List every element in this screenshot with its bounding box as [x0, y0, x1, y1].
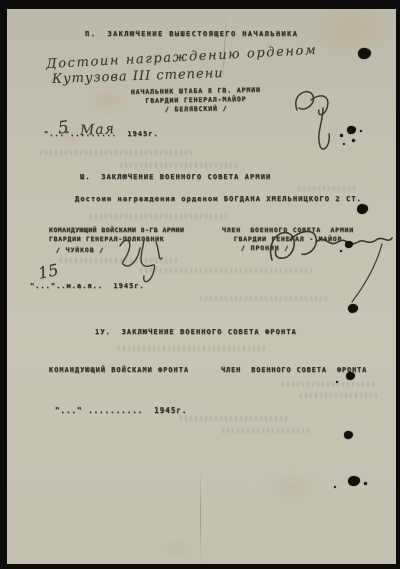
bleed-through: [300, 393, 378, 398]
chief-of-staff-block: НАЧАЛЬНИК ШТАБА 8 ГВ. АРМИИ ГВАРДИИ ГЕНЕ…: [121, 86, 271, 115]
paper-crease-bottom: [200, 468, 201, 564]
bleed-through: [282, 382, 374, 387]
section-iv-heading: 1У. ЗАКЛЮЧЕНИЕ ВОЕННОГО СОВЕТА ФРОНТА: [95, 328, 297, 336]
pronin-signature: [264, 222, 396, 306]
chuikov-signature: [112, 232, 174, 288]
bleed-through: [298, 186, 358, 191]
section-ii-date-month-handwritten: Мая: [80, 121, 116, 139]
bleed-through: [40, 150, 195, 155]
section-iii-conclusion: Достоин награждения орденом БОГДАНА ХМЕЛ…: [75, 195, 362, 203]
front-commander-title: КОМАНДУЮЩИЙ ВОЙСКАМИ ФРОНТА: [49, 366, 189, 374]
army-commander-name: / ЧУЙКОВ /: [56, 246, 104, 254]
section-ii-date-day-handwritten: 5: [57, 117, 71, 138]
bleed-through: [118, 346, 268, 351]
bleed-through: [180, 416, 290, 421]
section-iii-heading: Ш. ЗАКЛЮЧЕНИЕ ВОЕННОГО СОВЕТА АРМИИ: [80, 173, 271, 181]
section-ii-heading: П. ЗАКЛЮЧЕНИЕ ВЫШЕСТОЯЩЕГО НАЧАЛЬНИКА: [85, 30, 298, 38]
bleed-through: [222, 428, 312, 433]
bleed-through: [120, 163, 240, 168]
belyavsky-signature: [283, 84, 347, 158]
section-iii-date-line: "..."..м.а.я.. 1945г.: [30, 282, 145, 290]
document-scan: П. ЗАКЛЮЧЕНИЕ ВЫШЕСТОЯЩЕГО НАЧАЛЬНИКА До…: [0, 0, 400, 569]
bleed-through: [90, 214, 230, 219]
front-council-member-title: ЧЛЕН ВОЕННОГО СОВЕТА ФРОНТА: [221, 366, 367, 374]
section-iv-date-line: "..." .......... 1945г.: [55, 406, 187, 415]
